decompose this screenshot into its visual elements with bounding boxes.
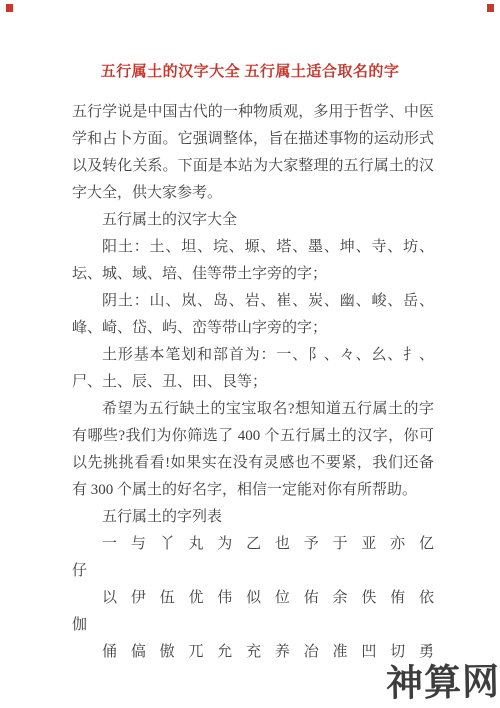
corner-mark-right-icon <box>487 4 494 12</box>
char-row-2-wrap: 伽 <box>72 612 434 639</box>
char-row-3: 俑 傐 傲 兀 允 充 养 冶 准 凹 切 勇 <box>72 639 434 666</box>
document-page: 五行属土的汉字大全 五行属土适合取名的字 五行学说是中国古代的一种物质观，多用于… <box>0 0 500 708</box>
intro-paragraph: 五行学说是中国古代的一种物质观，多用于哲学、中医学和占卜方面。它强调整体，旨在描… <box>72 99 434 207</box>
yang-earth-line: 阳土：土、坦、垸、塬、塔、墨、坤、寺、坊、坛、城、域、培、佳等带土字旁的字； <box>72 234 434 288</box>
list-heading: 五行属土的字列表 <box>72 504 434 531</box>
hope-paragraph: 希望为五行缺土的宝宝取名?想知道五行属土的字有哪些?我们为你筛选了 400 个五… <box>72 396 434 504</box>
article-body: 五行学说是中国古代的一种物质观，多用于哲学、中医学和占卜方面。它强调整体，旨在描… <box>72 99 434 666</box>
char-row-2: 以 伊 伍 优 伟 似 位 佑 余 佚 侑 依 <box>72 585 434 612</box>
char-row-1-wrap: 仔 <box>72 558 434 585</box>
section-heading-hanzi-daquan: 五行属土的汉字大全 <box>72 207 434 234</box>
page-title: 五行属土的汉字大全 五行属土适合取名的字 <box>0 0 500 82</box>
radicals-line: 土形基本笔划和部首为：一、阝、々、幺、扌、尸、土、辰、丑、田、艮等； <box>72 342 434 396</box>
watermark-shensuanwang: 神算网 <box>386 663 500 705</box>
yin-earth-line: 阴土：山、岚、岛、岩、崔、炭、幽、峻、岳、峰、崎、岱、屿、峦等带山字旁的字； <box>72 288 434 342</box>
corner-mark-left-icon <box>6 4 13 12</box>
char-row-1: 一 与 丫 丸 为 乙 也 予 于 亚 亦 亿 <box>72 531 434 558</box>
